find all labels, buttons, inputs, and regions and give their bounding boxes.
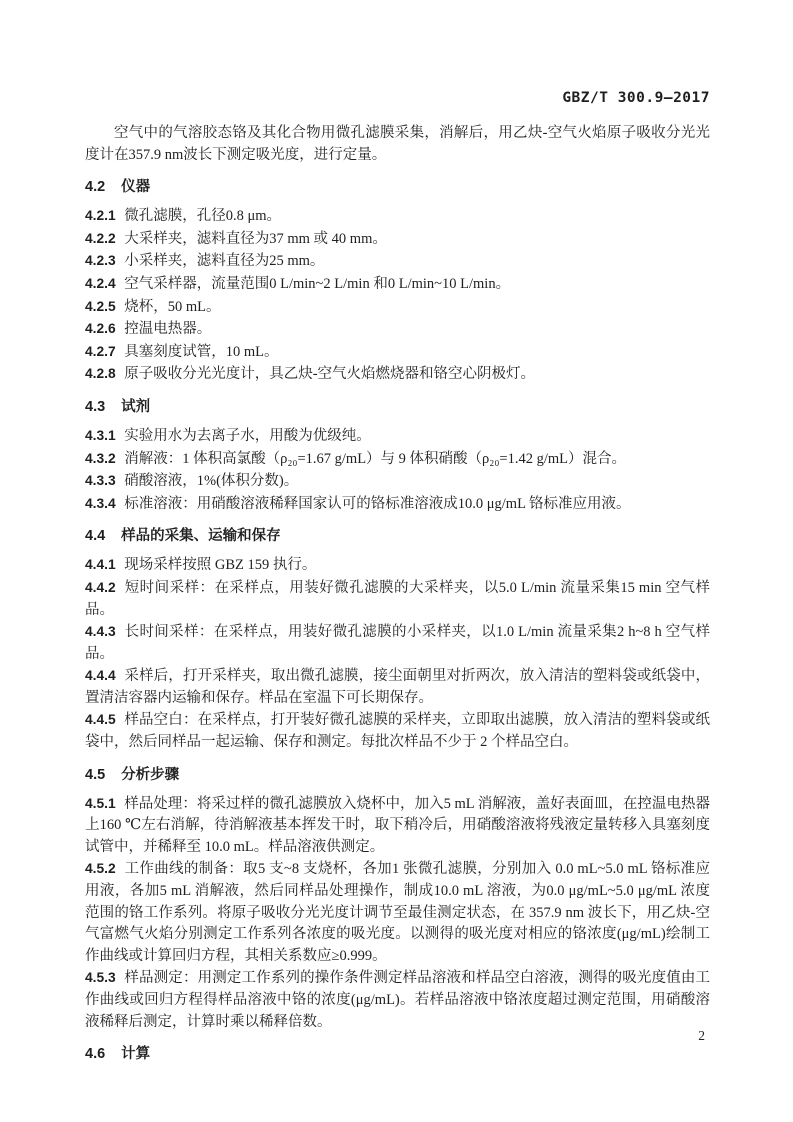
section-4-4-items: 4.4.1现场采样按照 GBZ 159 执行。 4.4.2短时间采样：在采样点，… xyxy=(85,554,710,753)
clause-item: 4.5.3样品测定：用测定工作系列的操作条件测定样品溶液和样品空白溶液，测得的吸… xyxy=(85,967,710,1033)
clause-item: 4.5.2工作曲线的制备：取5 支~8 支烧杯，各加1 张微孔滤膜，分别加入 0… xyxy=(85,858,710,967)
clause-text: 样品空白：在采样点，打开装好微孔滤膜的采样夹，立即取出滤膜，放入清洁的塑料袋或纸… xyxy=(85,712,710,750)
clause-text: 硝酸溶液，1%(体积分数)。 xyxy=(124,473,298,489)
clause-text: 实验用水为去离子水，用酸为优级纯。 xyxy=(124,428,371,444)
clause-number: 4.2.6 xyxy=(85,321,116,336)
clause-number: 4.2.3 xyxy=(85,253,116,268)
section-number: 4.4 xyxy=(85,528,105,544)
clause-number: 4.2.2 xyxy=(85,231,116,246)
section-title: 分析步骤 xyxy=(121,767,179,783)
clause-item: 4.3.3硝酸溶液，1%(体积分数)。 xyxy=(85,470,710,493)
section-heading-4-2: 4.2仪器 xyxy=(85,178,710,196)
clause-item: 4.5.1样品处理：将采过样的微孔滤膜放入烧杯中，加入5 mL 消解液，盖好表面… xyxy=(85,793,710,859)
clause-number: 4.4.3 xyxy=(85,624,116,639)
section-title: 仪器 xyxy=(121,179,150,195)
clause-item: 4.2.6控温电热器。 xyxy=(85,318,710,341)
clause-number: 4.5.1 xyxy=(85,796,116,811)
clause-item: 4.3.1实验用水为去离子水，用酸为优级纯。 xyxy=(85,425,710,448)
clause-number: 4.4.4 xyxy=(85,668,116,683)
clause-text: 烧杯，50 mL。 xyxy=(124,299,220,315)
document-page: GBZ/T 300.9—2017 空气中的气溶胶态铬及其化合物用微孔滤膜采集，消… xyxy=(0,0,793,1122)
intro-paragraph: 空气中的气溶胶态铬及其化合物用微孔滤膜采集，消解后，用乙炔-空气火焰原子吸收分光… xyxy=(85,123,710,166)
clause-text: 微孔滤膜，孔径0.8 μm。 xyxy=(124,208,281,224)
clause-number: 4.4.5 xyxy=(85,712,116,727)
section-heading-4-6: 4.6计算 xyxy=(85,1045,710,1063)
clause-item: 4.2.3小采样夹，滤料直径为25 mm。 xyxy=(85,250,710,273)
clause-item: 4.3.4标准溶液：用硝酸溶液稀释国家认可的铬标准溶液成10.0 μg/mL 铬… xyxy=(85,493,710,516)
section-heading-4-4: 4.4样品的采集、运输和保存 xyxy=(85,527,710,545)
section-heading-4-3: 4.3试剂 xyxy=(85,398,710,416)
clause-number: 4.4.1 xyxy=(85,557,116,572)
clause-text: 消解液：1 体积高氯酸（ρ₂₀=1.67 g/mL）与 9 体积硝酸（ρ₂₀=1… xyxy=(124,451,626,467)
clause-text: 长时间采样：在采样点，用装好微孔滤膜的小采样夹，以1.0 L/min 流量采集2… xyxy=(85,624,710,662)
clause-item: 4.2.7具塞刻度试管，10 mL。 xyxy=(85,341,710,364)
clause-number: 4.4.2 xyxy=(85,580,116,595)
clause-text: 空气采样器，流量范围0 L/min~2 L/min 和0 L/min~10 L/… xyxy=(124,276,510,292)
clause-item: 4.2.1微孔滤膜，孔径0.8 μm。 xyxy=(85,205,710,228)
clause-number: 4.2.1 xyxy=(85,208,116,223)
clause-item: 4.3.2消解液：1 体积高氯酸（ρ₂₀=1.67 g/mL）与 9 体积硝酸（… xyxy=(85,448,710,471)
clause-number: 4.3.4 xyxy=(85,496,116,511)
clause-text: 短时间采样：在采样点，用装好微孔滤膜的大采样夹，以5.0 L/min 流量采集1… xyxy=(85,580,710,618)
clause-number: 4.2.5 xyxy=(85,299,116,314)
section-number: 4.2 xyxy=(85,179,105,195)
clause-number: 4.2.7 xyxy=(85,344,116,359)
section-number: 4.3 xyxy=(85,399,105,415)
clause-text: 工作曲线的制备：取5 支~8 支烧杯，各加1 张微孔滤膜，分别加入 0.0 mL… xyxy=(85,861,710,963)
clause-item: 4.2.2大采样夹，滤料直径为37 mm 或 40 mm。 xyxy=(85,228,710,251)
clause-number: 4.3.3 xyxy=(85,473,116,488)
clause-text: 原子吸收分光光度计，具乙炔-空气火焰燃烧器和铬空心阴极灯。 xyxy=(124,366,535,382)
section-4-3-items: 4.3.1实验用水为去离子水，用酸为优级纯。 4.3.2消解液：1 体积高氯酸（… xyxy=(85,425,710,515)
page-number: 2 xyxy=(698,1028,705,1044)
clause-item: 4.2.5烧杯，50 mL。 xyxy=(85,296,710,319)
standard-number-header: GBZ/T 300.9—2017 xyxy=(85,90,710,107)
clause-text: 样品处理：将采过样的微孔滤膜放入烧杯中，加入5 mL 消解液，盖好表面皿，在控温… xyxy=(85,796,710,855)
clause-item: 4.2.4空气采样器，流量范围0 L/min~2 L/min 和0 L/min~… xyxy=(85,273,710,296)
clause-text: 标准溶液：用硝酸溶液稀释国家认可的铬标准溶液成10.0 μg/mL 铬标准应用液… xyxy=(124,496,630,512)
clause-item: 4.4.3长时间采样：在采样点，用装好微孔滤膜的小采样夹，以1.0 L/min … xyxy=(85,621,710,665)
section-number: 4.5 xyxy=(85,767,105,783)
clause-text: 现场采样按照 GBZ 159 执行。 xyxy=(124,557,316,573)
clause-item: 4.4.5样品空白：在采样点，打开装好微孔滤膜的采样夹，立即取出滤膜，放入清洁的… xyxy=(85,709,710,753)
section-heading-4-5: 4.5分析步骤 xyxy=(85,766,710,784)
clause-text: 控温电热器。 xyxy=(124,321,211,337)
clause-number: 4.2.4 xyxy=(85,276,116,291)
clause-number: 4.3.2 xyxy=(85,451,116,466)
clause-item: 4.4.2短时间采样：在采样点，用装好微孔滤膜的大采样夹，以5.0 L/min … xyxy=(85,577,710,621)
clause-number: 4.5.3 xyxy=(85,970,116,985)
clause-text: 样品测定：用测定工作系列的操作条件测定样品溶液和样品空白溶液，测得的吸光度值由工… xyxy=(85,970,710,1029)
clause-number: 4.3.1 xyxy=(85,428,116,443)
clause-text: 小采样夹，滤料直径为25 mm。 xyxy=(124,253,324,269)
clause-item: 4.4.1现场采样按照 GBZ 159 执行。 xyxy=(85,554,710,577)
section-title: 计算 xyxy=(121,1046,150,1062)
clause-item: 4.2.8原子吸收分光光度计，具乙炔-空气火焰燃烧器和铬空心阴极灯。 xyxy=(85,363,710,386)
clause-text: 具塞刻度试管，10 mL。 xyxy=(124,344,278,360)
clause-number: 4.2.8 xyxy=(85,366,116,381)
clause-text: 采样后，打开采样夹，取出微孔滤膜，接尘面朝里对折两次，放入清洁的塑料袋或纸袋中，… xyxy=(85,668,710,706)
section-4-5-items: 4.5.1样品处理：将采过样的微孔滤膜放入烧杯中，加入5 mL 消解液，盖好表面… xyxy=(85,793,710,1034)
section-title: 样品的采集、运输和保存 xyxy=(121,528,281,544)
section-4-2-items: 4.2.1微孔滤膜，孔径0.8 μm。 4.2.2大采样夹，滤料直径为37 mm… xyxy=(85,205,710,386)
clause-text: 大采样夹，滤料直径为37 mm 或 40 mm。 xyxy=(124,231,387,247)
section-number: 4.6 xyxy=(85,1046,105,1062)
clause-item: 4.4.4采样后，打开采样夹，取出微孔滤膜，接尘面朝里对折两次，放入清洁的塑料袋… xyxy=(85,665,710,709)
section-title: 试剂 xyxy=(121,399,150,415)
clause-number: 4.5.2 xyxy=(85,861,116,876)
